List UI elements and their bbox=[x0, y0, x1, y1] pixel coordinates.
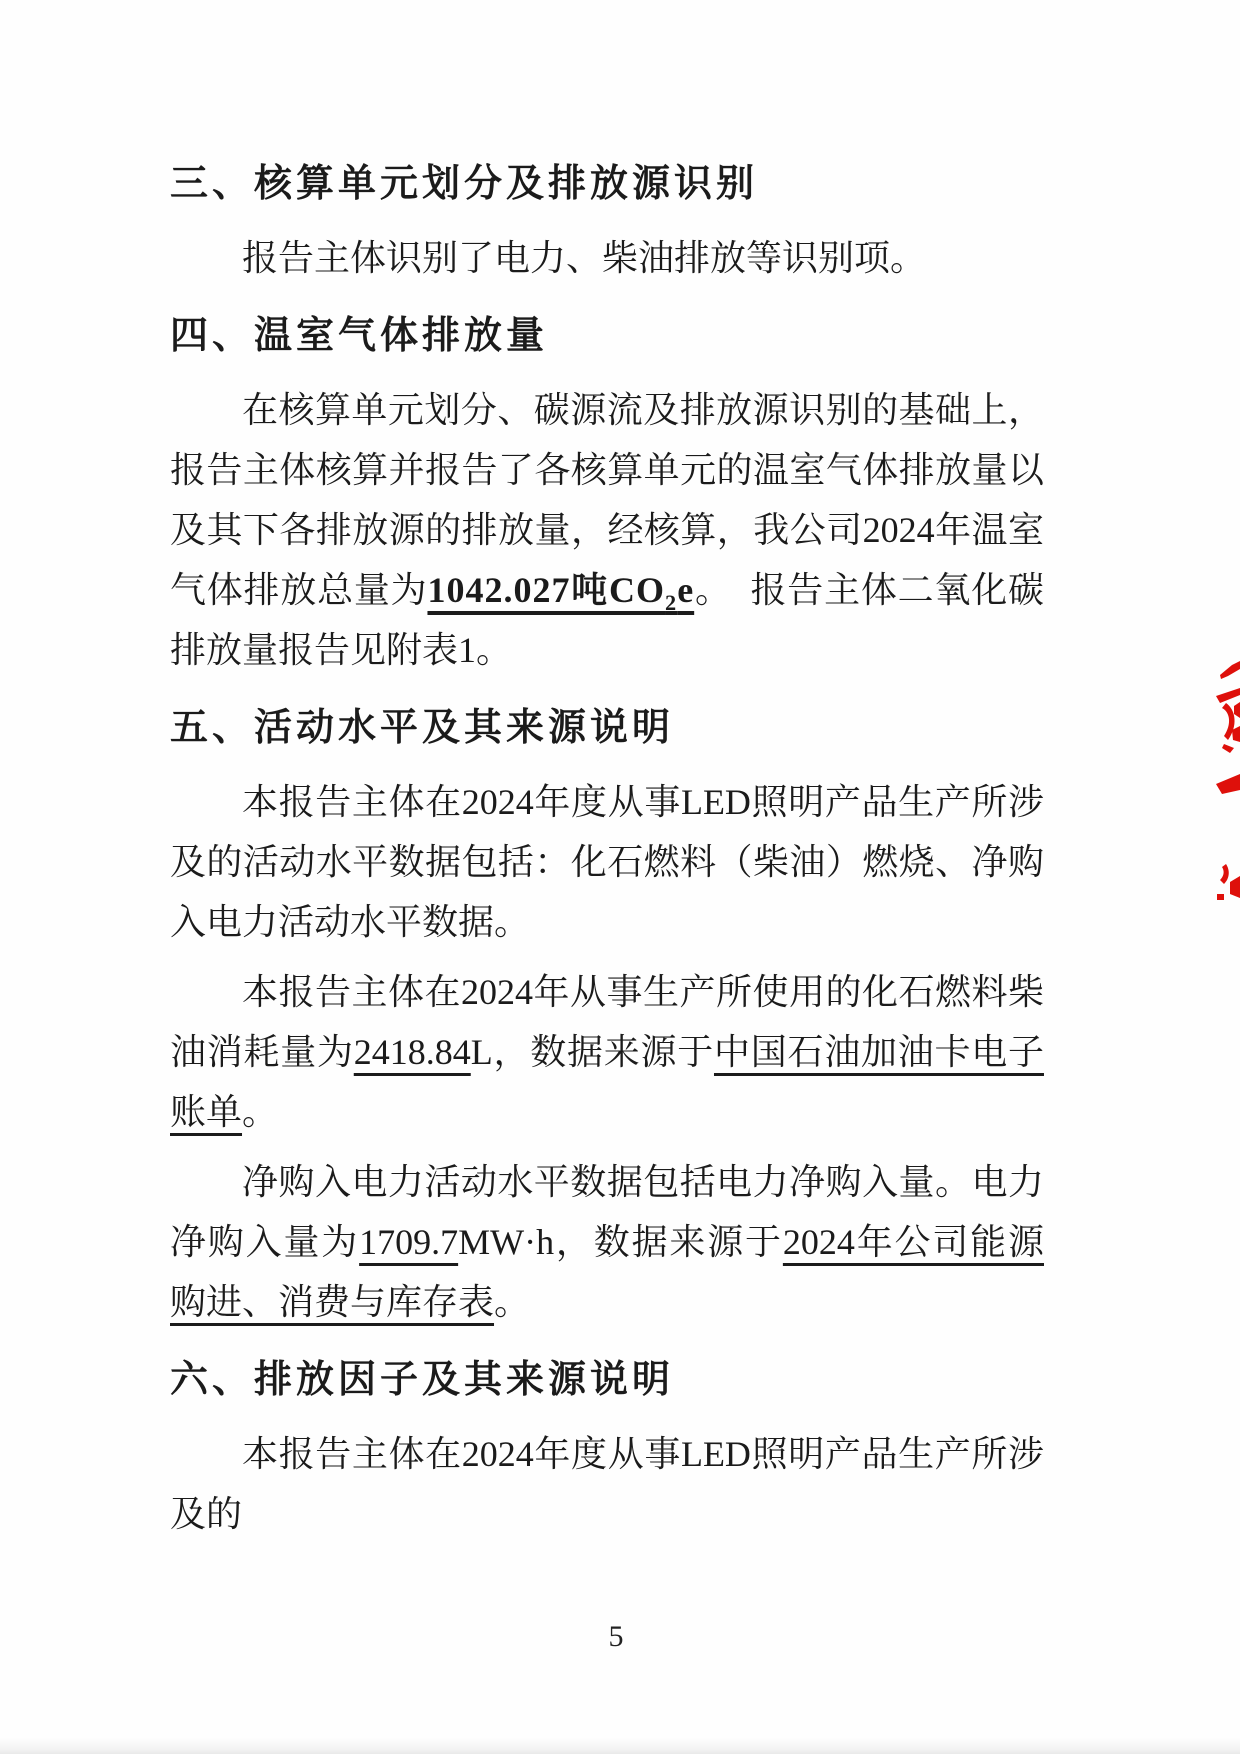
text-run: 。 bbox=[494, 1282, 530, 1322]
section-accounting-unit-division: 三、核算单元划分及排放源识别 报告主体识别了电力、柴油排放等识别项。 bbox=[170, 154, 1044, 288]
section-heading-6: 六、排放因子及其来源说明 bbox=[170, 1350, 1044, 1410]
document-page: 三、核算单元划分及排放源识别 报告主体识别了电力、柴油排放等识别项。 四、温室气… bbox=[0, 0, 1240, 1754]
section-activity-level: 五、活动水平及其来源说明 本报告主体在2024年度从事LED照明产品生产所涉及的… bbox=[170, 698, 1044, 1332]
electricity-purchase-value: 1709.7 bbox=[359, 1222, 458, 1262]
section-heading-4: 四、温室气体排放量 bbox=[170, 306, 1044, 366]
red-seal-mark-icon bbox=[1200, 648, 1240, 908]
text-run: MW·h，数据来源于 bbox=[458, 1222, 783, 1262]
paragraph-emission-factor-intro: 本报告主体在2024年度从事LED照明产品生产所涉及的 bbox=[170, 1424, 1044, 1544]
text-run: 1042.027吨CO bbox=[427, 570, 665, 610]
text-run: 。 bbox=[242, 1092, 278, 1132]
section-heading-5: 五、活动水平及其来源说明 bbox=[170, 698, 1044, 758]
section-heading-3: 三、核算单元划分及排放源识别 bbox=[170, 154, 1044, 214]
paragraph-electricity-purchase: 净购入电力活动水平数据包括电力净购入量。电力净购入量为1709.7MW·h，数据… bbox=[170, 1152, 1044, 1332]
diesel-consumption-value: 2418.84 bbox=[354, 1032, 471, 1072]
co2-subscript: 2 bbox=[665, 590, 677, 615]
section-emission-factors: 六、排放因子及其来源说明 本报告主体在2024年度从事LED照明产品生产所涉及的 bbox=[170, 1350, 1044, 1544]
section-ghg-emission-amount: 四、温室气体排放量 在核算单元划分、碳源流及排放源识别的基础上，报告主体核算并报… bbox=[170, 306, 1044, 680]
paragraph-activity-data-scope: 本报告主体在2024年度从事LED照明产品生产所涉及的活动水平数据包括：化石燃料… bbox=[170, 772, 1044, 952]
paragraph-emission-sources: 报告主体识别了电力、柴油排放等识别项。 bbox=[170, 228, 1044, 288]
paragraph-diesel-consumption: 本报告主体在2024年从事生产所使用的化石燃料柴油消耗量为2418.84L，数据… bbox=[170, 962, 1044, 1142]
scan-edge-artifact bbox=[0, 1738, 1240, 1754]
page-number: 5 bbox=[0, 1620, 1232, 1654]
document-content: 三、核算单元划分及排放源识别 报告主体识别了电力、柴油排放等识别项。 四、温室气… bbox=[0, 0, 1240, 1754]
paragraph-total-emissions: 在核算单元划分、碳源流及排放源识别的基础上，报告主体核算并报告了各核算单元的温室… bbox=[170, 380, 1044, 680]
text-run: e bbox=[677, 570, 694, 610]
total-emission-value: 1042.027吨CO2e bbox=[427, 570, 694, 610]
text-run: L，数据来源于 bbox=[471, 1032, 714, 1072]
